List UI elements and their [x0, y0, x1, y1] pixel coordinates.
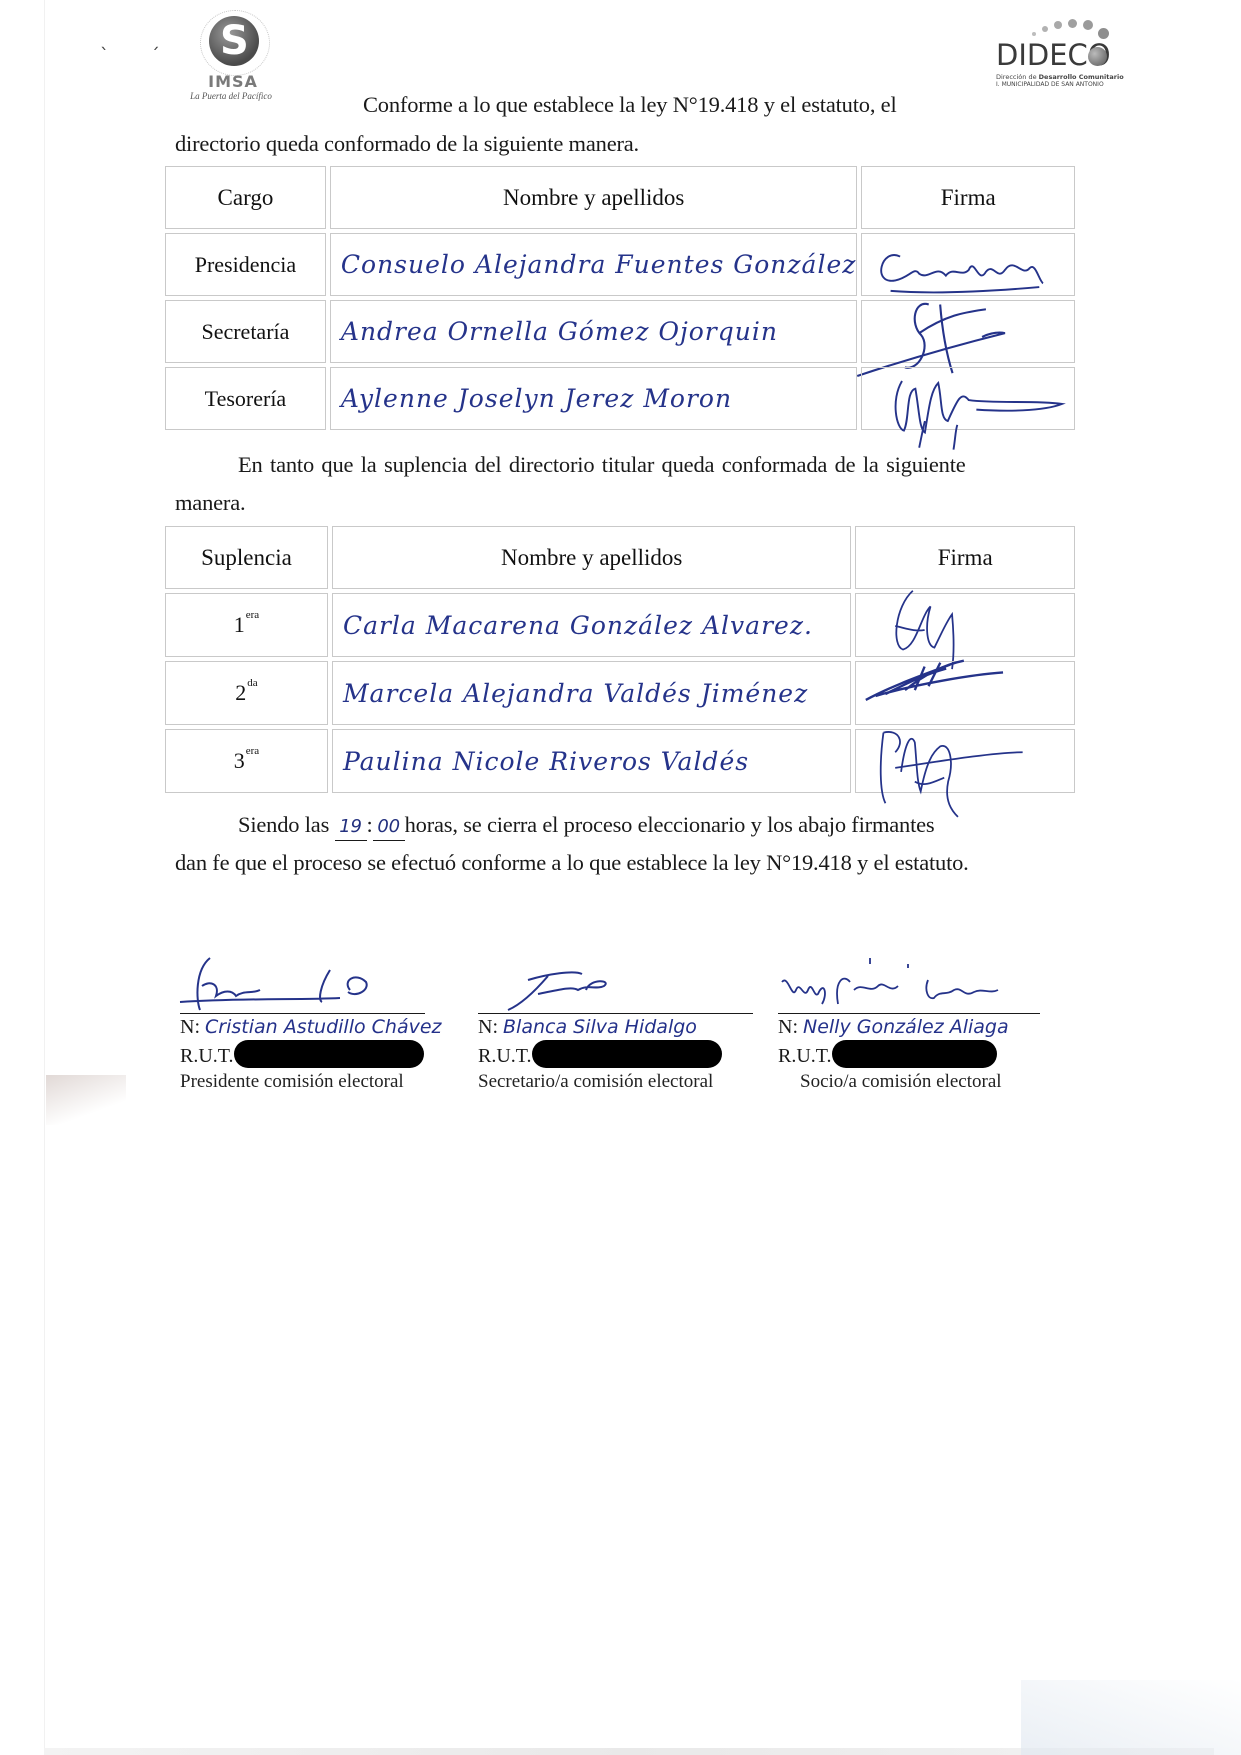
- hour-field: 19: [335, 814, 367, 841]
- scan-shadow: [1021, 1680, 1241, 1755]
- handwritten-name: Andrea Ornella Gómez Ojorquin: [341, 317, 778, 346]
- signature-cell: [855, 729, 1075, 793]
- name-cell: Consuelo Alejandra Fuentes González: [330, 233, 858, 296]
- cargo-cell: Secretaría: [165, 300, 326, 363]
- signature-area: [778, 950, 1060, 1010]
- signature-icon: [862, 360, 1074, 444]
- imsa-tagline: La Puerta del Pacífico: [176, 91, 286, 101]
- table-row: 1era Carla Macarena González Alvarez.: [165, 593, 1075, 657]
- scan-smudge: [46, 1075, 126, 1125]
- signature-icon: [478, 950, 753, 1014]
- handwritten-name: Aylenne Joselyn Jerez Moron: [341, 384, 732, 413]
- rut-row: R.U.T.: [778, 1040, 1060, 1069]
- role-label: Secretario/a comisión electoral: [478, 1069, 753, 1095]
- suplencia-order-cell: 2da: [165, 661, 328, 725]
- redaction-bar: [234, 1040, 424, 1068]
- header-suplencia: Suplencia: [165, 526, 328, 589]
- handwritten-name: Blanca Silva Hidalgo: [503, 1016, 697, 1038]
- intro-line-2: directorio queda conformado de la siguie…: [175, 131, 639, 157]
- role-label: Presidente comisión electoral: [180, 1069, 460, 1095]
- dideco-subtitle-municipality: I. MUNICIPALIDAD DE SAN ANTONIO: [996, 81, 1104, 88]
- comision-signature-president: N: Cristian Astudillo Chávez R.U.T. Pres…: [180, 950, 460, 1095]
- redaction-bar: [832, 1040, 997, 1068]
- handwritten-name: Nelly González Aliaga: [803, 1016, 1009, 1038]
- signature-icon: [180, 950, 460, 1014]
- suplencia-order-cell: 3era: [165, 729, 328, 793]
- suplencia-intro-line-1: En tanto que la suplencia del directorio…: [238, 452, 966, 478]
- rut-row: R.U.T.: [180, 1040, 460, 1069]
- cargo-cell: Tesorería: [165, 367, 326, 430]
- name-row: N: Blanca Silva Hidalgo: [478, 1014, 753, 1040]
- dideco-logo: DIDECO Dirección de Desarrollo Comunitar…: [996, 14, 1112, 94]
- signature-icon: [778, 950, 1060, 1014]
- header-firma: Firma: [861, 166, 1075, 229]
- minutes-field: 00: [373, 814, 405, 841]
- closing-line-1: Siendo las 19:00horas, se cierra el proc…: [238, 812, 934, 841]
- name-cell: Andrea Ornella Gómez Ojorquin: [330, 300, 858, 363]
- header-nombre: Nombre y apellidos: [332, 526, 851, 589]
- suplencia-table: Suplencia Nombre y apellidos Firma 1era …: [161, 522, 1079, 797]
- closing-line-2: dan fe que el proceso se efectuó conform…: [175, 850, 969, 876]
- header-nombre: Nombre y apellidos: [330, 166, 858, 229]
- name-cell: Aylenne Joselyn Jerez Moron: [330, 367, 858, 430]
- rut-row: R.U.T.: [478, 1040, 753, 1069]
- table-row: 2da Marcela Alejandra Valdés Jiménez: [165, 661, 1075, 725]
- signature-cell: [861, 367, 1075, 430]
- table-header-row: Suplencia Nombre y apellidos Firma: [165, 526, 1075, 589]
- imsa-name: IMSA: [201, 72, 265, 91]
- role-label: Socio/a comisión electoral: [778, 1069, 1060, 1095]
- cargo-cell: Presidencia: [165, 233, 326, 296]
- handwritten-name: Cristian Astudillo Chávez: [205, 1016, 442, 1038]
- signature-cell: [861, 300, 1075, 363]
- table-row: 3era Paulina Nicole Riveros Valdés: [165, 729, 1075, 793]
- name-cell: Marcela Alejandra Valdés Jiménez: [332, 661, 851, 725]
- name-cell: Paulina Nicole Riveros Valdés: [332, 729, 851, 793]
- signature-area: [180, 950, 460, 1010]
- handwritten-name: Marcela Alejandra Valdés Jiménez: [343, 679, 808, 708]
- table-header-row: Cargo Nombre y apellidos Firma: [165, 166, 1075, 229]
- name-row: N: Nelly González Aliaga: [778, 1014, 1060, 1040]
- suplencia-intro-line-2: manera.: [175, 490, 245, 516]
- imsa-s-glyph: S: [220, 20, 248, 62]
- scan-edge: [44, 0, 45, 1755]
- table-row: Presidencia Consuelo Alejandra Fuentes G…: [165, 233, 1075, 296]
- redaction-bar: [532, 1040, 722, 1068]
- header-cargo: Cargo: [165, 166, 326, 229]
- directorio-table: Cargo Nombre y apellidos Firma Presidenc…: [161, 162, 1079, 434]
- comision-signature-member: N: Nelly González Aliaga R.U.T. Socio/a …: [778, 950, 1060, 1095]
- table-row: Tesorería Aylenne Joselyn Jerez Moron: [165, 367, 1075, 430]
- stray-ink-marks: ˎ ˏ: [100, 30, 178, 51]
- dideco-dots-icon: [1026, 16, 1106, 40]
- handwritten-name: Carla Macarena González Alvarez.: [343, 611, 813, 640]
- dideco-subtitle: Dirección de Desarrollo Comunitario: [996, 73, 1124, 81]
- comision-signature-secretary: N: Blanca Silva Hidalgo R.U.T. Secretari…: [478, 950, 753, 1095]
- imsa-logo: S IMSA La Puerta del Pacífico: [176, 8, 286, 104]
- signature-area: [478, 950, 753, 1010]
- name-row: N: Cristian Astudillo Chávez: [180, 1014, 460, 1040]
- signature-cell: [855, 593, 1075, 657]
- table-row: Secretaría Andrea Ornella Gómez Ojorquin: [165, 300, 1075, 363]
- handwritten-name: Consuelo Alejandra Fuentes González: [341, 250, 857, 279]
- globe-icon: [1088, 47, 1107, 66]
- intro-line-1: Conforme a lo que establece la ley N°19.…: [363, 92, 897, 118]
- name-cell: Carla Macarena González Alvarez.: [332, 593, 851, 657]
- header-firma: Firma: [855, 526, 1075, 589]
- signature-icon: [856, 722, 1074, 806]
- signature-cell: [861, 233, 1075, 296]
- suplencia-order-cell: 1era: [165, 593, 328, 657]
- handwritten-name: Paulina Nicole Riveros Valdés: [343, 747, 749, 776]
- signature-cell: [855, 661, 1075, 725]
